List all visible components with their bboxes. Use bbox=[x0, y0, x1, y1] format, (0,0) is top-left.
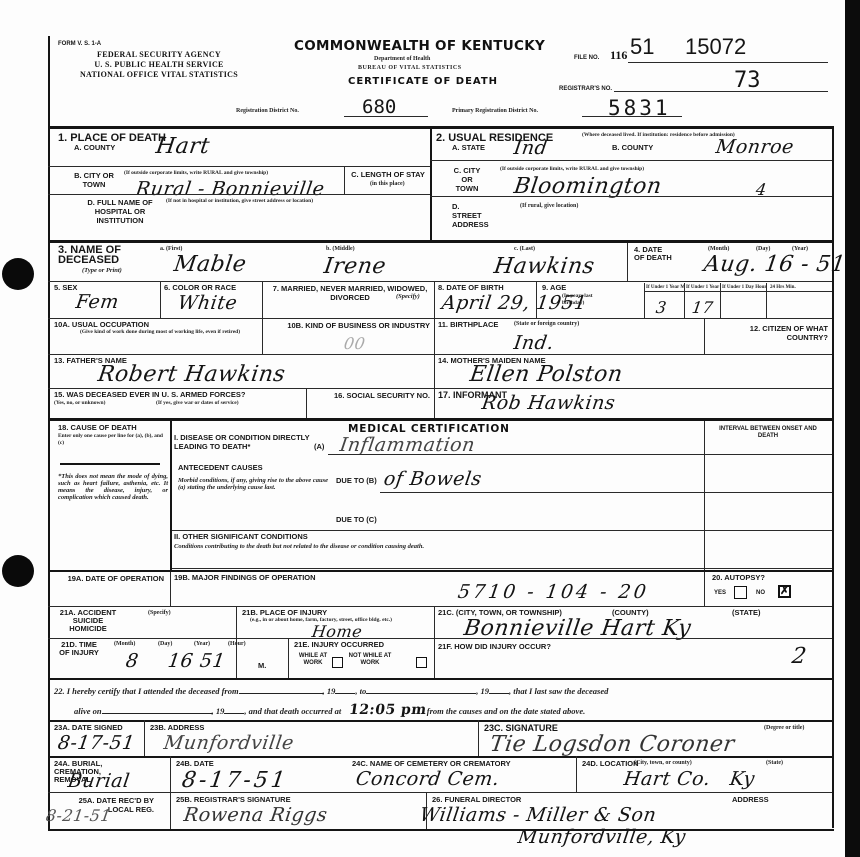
pod-stay-label: c. LENGTH OF STAY bbox=[348, 171, 428, 179]
accident-label: 21a. ACCIDENT SUICIDE HOMICIDE bbox=[58, 609, 118, 633]
res-street-note: (If rural, give location) bbox=[520, 203, 578, 210]
file-no-line bbox=[628, 62, 828, 63]
due-b-label: DUE TO (b) bbox=[336, 477, 377, 485]
pod-county-label: a. COUNTY bbox=[74, 144, 115, 152]
burial-date-value: 8-17-51 bbox=[180, 768, 289, 793]
rule bbox=[434, 318, 435, 354]
registrar-no-value: 73 bbox=[734, 68, 761, 93]
death-time-value: 12:05 pm bbox=[348, 705, 427, 715]
rule bbox=[172, 568, 832, 569]
rule bbox=[704, 492, 832, 493]
rule bbox=[536, 281, 537, 318]
father-value: Robert Hawkins bbox=[96, 362, 287, 387]
certify-text-2-19: , 19 bbox=[212, 706, 225, 716]
primary-district-label: Primary Registration District No. bbox=[452, 108, 538, 115]
rule bbox=[144, 720, 145, 756]
res-state-label: a. STATE bbox=[452, 144, 485, 152]
other-conditions-note: Conditions contributing to the death but… bbox=[174, 543, 474, 550]
citizen-label: 12. CITIZEN OF WHAT COUNTRY? bbox=[710, 324, 828, 342]
rule bbox=[684, 283, 685, 318]
burial-location-label: 24d. LOCATION bbox=[582, 760, 639, 768]
file-no-prefix: 116 bbox=[610, 48, 627, 63]
race-value: White bbox=[176, 292, 238, 314]
pod-hospital-label: d. FULL NAME OF HOSPITAL OR INSTITUTION bbox=[72, 198, 168, 225]
not-while-at-work-checkbox[interactable] bbox=[416, 657, 427, 668]
punch-hole-bottom bbox=[2, 555, 34, 587]
time-month-col: (Month) bbox=[114, 641, 135, 648]
sex-label: 5. SEX bbox=[54, 284, 77, 292]
interval-label: INTERVAL BETWEEN ONSET AND DEATH bbox=[712, 426, 824, 440]
rule bbox=[170, 572, 171, 606]
cause-label: 18. CAUSE OF DEATH bbox=[58, 424, 137, 432]
birthplace-label: 11. BIRTHPLACE bbox=[438, 321, 498, 329]
rule bbox=[262, 281, 263, 318]
morbid-note: Morbid conditions, if any, giving rise t… bbox=[178, 477, 328, 491]
injury-state-col: (STATE) bbox=[732, 609, 760, 617]
rule bbox=[380, 492, 704, 493]
rule bbox=[704, 421, 705, 606]
pod-county-value: Hart bbox=[154, 134, 211, 159]
rule-bottom bbox=[48, 829, 834, 831]
rule bbox=[288, 638, 289, 678]
cause-a-value: Inflammation bbox=[338, 434, 476, 456]
reg-district-line bbox=[344, 116, 428, 117]
mother-value: Ellen Polston bbox=[468, 362, 624, 387]
age-label: 9. AGE bbox=[542, 284, 566, 292]
deceased-note: (Type or Print) bbox=[82, 267, 122, 274]
agency-line-2: U. S. PUBLIC HEALTH SERVICE bbox=[54, 60, 264, 70]
first-name-value: Mable bbox=[172, 252, 248, 277]
funeral-director-label: 26. FUNERAL DIRECTOR bbox=[432, 796, 521, 804]
op-date-label: 19a. DATE OF OPERATION bbox=[58, 574, 164, 583]
reg-district-label: Registration District No. bbox=[236, 108, 299, 115]
primary-district-line bbox=[582, 116, 682, 117]
agency-block: FEDERAL SECURITY AGENCY U. S. PUBLIC HEA… bbox=[54, 50, 264, 80]
rule bbox=[48, 388, 832, 389]
rule bbox=[48, 678, 834, 680]
last-name-label: c. (Last) bbox=[514, 246, 535, 253]
date-signed-value: 8-17-51 bbox=[56, 732, 136, 754]
armed-note-a: (Yes, no, or unknown) bbox=[54, 400, 105, 407]
business-label: 10b. KIND OF BUSINESS OR INDUSTRY bbox=[266, 321, 430, 330]
cause-a-prefix: (a) bbox=[314, 443, 324, 451]
dob-label: 8. DATE OF BIRTH bbox=[438, 284, 504, 292]
death-certificate: Form V. S. 1-A FEDERAL SECURITY AGENCY U… bbox=[44, 36, 816, 836]
other-conditions-label: II. OTHER SIGNIFICANT CONDITIONS bbox=[174, 533, 308, 541]
icd-code-value: 5710 - 104 - 20 bbox=[456, 581, 650, 603]
rule bbox=[48, 194, 430, 195]
rule bbox=[48, 720, 834, 722]
rule bbox=[60, 463, 160, 465]
rule bbox=[48, 792, 832, 793]
age-col-days: If Under 1 Year Days bbox=[686, 284, 720, 291]
while-work-label: WHILE AT WORK bbox=[294, 653, 332, 667]
occupation-note: (Give kind of work done during most of w… bbox=[80, 329, 256, 336]
border-right bbox=[832, 128, 834, 828]
cause-b-value: of Bowels bbox=[382, 468, 483, 490]
certify-text-2end: from the causes and on the date stated a… bbox=[427, 706, 585, 716]
rule bbox=[430, 196, 832, 197]
res-city-label: c. CITY OR TOWN bbox=[452, 166, 482, 193]
rule bbox=[627, 243, 628, 281]
time-day-value: 16 bbox=[166, 650, 194, 672]
pod-city-label: b. CITY OR TOWN bbox=[74, 171, 114, 189]
rule bbox=[344, 167, 345, 194]
degree-label: (Degree or title) bbox=[764, 725, 804, 732]
rule bbox=[170, 421, 172, 571]
certificate-title: CERTIFICATE OF DEATH bbox=[348, 76, 498, 87]
last-name-value: Hawkins bbox=[492, 254, 596, 279]
cause-footnote: *This does not mean the mode of dying, s… bbox=[58, 473, 168, 501]
rule-section-3 bbox=[48, 240, 834, 243]
rule bbox=[262, 318, 263, 354]
date-signed-label: 23a. DATE SIGNED bbox=[54, 724, 123, 732]
rule bbox=[704, 530, 832, 531]
birthplace-note: (State or foreign country) bbox=[514, 321, 579, 328]
registrar-signature-label: 25b. REGISTRAR'S SIGNATURE bbox=[176, 796, 291, 804]
armed-label: 15. WAS DECEASED EVER IN U. S. ARMED FOR… bbox=[54, 391, 245, 399]
rule bbox=[48, 570, 834, 572]
middle-name-value: Irene bbox=[322, 254, 387, 279]
date-received-value: 8-21-51 bbox=[45, 806, 113, 825]
burial-location-value: Hart Co. Ky bbox=[622, 768, 756, 790]
rule-top bbox=[48, 126, 834, 129]
due-c-label: DUE TO (c) bbox=[336, 516, 377, 524]
file-no-value: 51 15072 bbox=[630, 34, 746, 60]
age-col-min: 24 Hrs Min. bbox=[770, 284, 830, 291]
accident-note: (Specify) bbox=[148, 610, 171, 617]
file-no-label: FILE NO. bbox=[574, 54, 599, 62]
autopsy-yes-label: YES bbox=[714, 589, 726, 597]
time-m: m. bbox=[258, 662, 266, 670]
rule bbox=[434, 606, 435, 678]
form-number: Form V. S. 1-A bbox=[58, 40, 101, 48]
address-value: Munfordville bbox=[162, 732, 295, 754]
autopsy-no-checkbox[interactable]: ✗ bbox=[778, 585, 791, 598]
middle-name-label: b. (Middle) bbox=[326, 246, 355, 253]
cause-note: Enter only one cause per line for (a), (… bbox=[58, 433, 166, 447]
informant-value: Rob Hawkins bbox=[480, 392, 616, 414]
rule bbox=[328, 454, 704, 455]
rule bbox=[720, 283, 721, 318]
marital-note: (Specify) bbox=[396, 293, 420, 300]
rule bbox=[48, 354, 832, 355]
certify-text-1a: 22. I hereby certify that I attended the… bbox=[54, 686, 239, 696]
autopsy-label: 20. AUTOPSY? bbox=[712, 574, 765, 582]
autopsy-no-label: NO bbox=[756, 589, 765, 597]
certify-line-1: 22. I hereby certify that I attended the… bbox=[54, 686, 608, 696]
age-months-value: 3 bbox=[655, 298, 668, 317]
age-col-months: If Under 1 Year Months bbox=[646, 284, 684, 291]
rule bbox=[434, 281, 435, 318]
pod-city-value: Rural - Bonnieville bbox=[134, 178, 326, 200]
rule bbox=[48, 166, 430, 167]
agency-line-3: NATIONAL OFFICE VITAL STATISTICS bbox=[54, 70, 264, 80]
rule bbox=[170, 756, 171, 830]
age-days-value: 17 bbox=[691, 298, 715, 317]
pod-stay-note: (in this place) bbox=[370, 181, 405, 188]
rule bbox=[704, 318, 705, 354]
rule bbox=[430, 160, 832, 161]
age-note: (In years last birthday) bbox=[562, 293, 612, 307]
burial-value: Burial bbox=[66, 770, 131, 792]
rule-medical bbox=[48, 418, 834, 421]
rule bbox=[434, 354, 435, 418]
agency-line-1: FEDERAL SECURITY AGENCY bbox=[54, 50, 264, 60]
res-county-label: b. COUNTY bbox=[612, 144, 653, 152]
pod-city-note: (If outside corporate limits, write RURA… bbox=[124, 170, 268, 177]
scan-edge bbox=[845, 0, 860, 857]
rule bbox=[576, 756, 577, 792]
rule bbox=[704, 454, 832, 455]
certify-text-to: , to bbox=[355, 686, 366, 696]
sex-value: Fem bbox=[74, 291, 120, 313]
state-title: COMMONWEALTH OF KENTUCKY bbox=[294, 38, 545, 54]
cemetery-value: Concord Cem. bbox=[354, 768, 501, 790]
certify-text-1end: , that I last saw the deceased bbox=[509, 686, 608, 696]
rule bbox=[306, 388, 307, 418]
op-findings-label: 19b. MAJOR FINDINGS OF OPERATION bbox=[174, 574, 316, 582]
residence-note: (Where deceased lived. If institution: r… bbox=[582, 132, 735, 139]
birthplace-value: Ind. bbox=[512, 332, 555, 354]
ssn-label: 16. SOCIAL SECURITY NO. bbox=[312, 391, 430, 400]
antecedent-label: ANTECEDENT CAUSES bbox=[178, 464, 263, 472]
signature-label: 23c. SIGNATURE bbox=[484, 724, 558, 732]
burial-location-note: (City, town, or county) bbox=[634, 760, 692, 767]
rule bbox=[48, 606, 832, 607]
how-value: 2 bbox=[790, 644, 808, 669]
time-year-col: (Year) bbox=[194, 641, 210, 648]
business-value: 00 bbox=[343, 334, 367, 353]
race-label: 6. COLOR OR RACE bbox=[164, 284, 236, 292]
funeral-director-value: Williams - Miller & Son bbox=[418, 804, 657, 826]
registrar-no-label: REGISTRAR'S NO. bbox=[559, 85, 612, 93]
rule bbox=[160, 281, 161, 318]
certify-line-2: alive on, 19, and that death occurred at… bbox=[74, 705, 585, 716]
bureau: BUREAU OF VITAL STATISTICS bbox=[358, 65, 462, 72]
department: Department of Health bbox=[374, 56, 430, 63]
rule bbox=[48, 281, 832, 282]
rule bbox=[48, 638, 832, 639]
autopsy-yes-checkbox[interactable] bbox=[734, 586, 747, 599]
burial-location-state: (State) bbox=[766, 760, 783, 767]
res-county-value: Monroe bbox=[714, 136, 795, 158]
res-city-note: (If outside corporate limits, write RURA… bbox=[500, 166, 644, 173]
address-label: 23b. ADDRESS bbox=[150, 724, 204, 732]
rule bbox=[644, 283, 645, 318]
time-label: 21d. TIME OF INJURY bbox=[58, 641, 100, 657]
certify-text-2a: alive on bbox=[74, 706, 102, 716]
divider-1-2 bbox=[430, 128, 432, 240]
while-at-work-checkbox[interactable] bbox=[332, 657, 343, 668]
armed-note-b: (If yes, give war or dates of service) bbox=[156, 400, 239, 407]
age-col-hours: If Under 1 Day Hours bbox=[722, 284, 766, 291]
rule bbox=[478, 720, 479, 756]
deceased-label: 3. NAME OF DECEASED bbox=[58, 245, 138, 265]
certify-text-2b: , and that death occurred at bbox=[244, 706, 341, 716]
dod-label: 4. DATE OF DEATH bbox=[634, 246, 674, 262]
rule bbox=[766, 283, 767, 318]
cemetery-label: 24c. NAME OF CEMETERY OR CREMATORY bbox=[352, 760, 511, 768]
dod-value: Aug. 16 - 51 bbox=[702, 252, 847, 277]
injury-place-label: 21b. PLACE OF INJURY bbox=[242, 609, 327, 617]
rule bbox=[644, 291, 832, 292]
time-month-value: 8 bbox=[124, 650, 140, 672]
signature-value: Tie Logsdon Coroner bbox=[488, 732, 736, 757]
burial-date-label: 24b. DATE bbox=[176, 760, 214, 768]
time-hour-col: (Hour) bbox=[228, 641, 246, 648]
time-day-col: (Day) bbox=[158, 641, 172, 648]
punch-hole-top bbox=[2, 258, 34, 290]
registrar-no-line bbox=[614, 91, 828, 92]
how-label: 21f. HOW DID INJURY OCCUR? bbox=[438, 643, 551, 651]
occurred-label: 21e. INJURY OCCURRED bbox=[294, 641, 384, 649]
rule bbox=[172, 530, 704, 531]
res-street-label: d. STREET ADDRESS bbox=[452, 202, 488, 229]
pod-hospital-note: (If not in hospital or institution, give… bbox=[166, 198, 426, 205]
time-year-value: 51 bbox=[198, 650, 226, 672]
director-address-label: ADDRESS bbox=[732, 796, 769, 804]
certify-text-19a: , 19 bbox=[323, 686, 336, 696]
border-left bbox=[48, 36, 50, 831]
registrar-signature-value: Rowena Riggs bbox=[182, 804, 328, 826]
not-while-work-label: NOT WHILE AT WORK bbox=[345, 653, 395, 667]
reg-district-value: 680 bbox=[362, 96, 396, 118]
rule bbox=[48, 756, 834, 758]
rule bbox=[48, 318, 832, 319]
certify-text-19b: , 19 bbox=[476, 686, 489, 696]
res-state-value: Ind bbox=[512, 137, 548, 159]
occupation-label: 10a. USUAL OCCUPATION bbox=[54, 321, 149, 329]
